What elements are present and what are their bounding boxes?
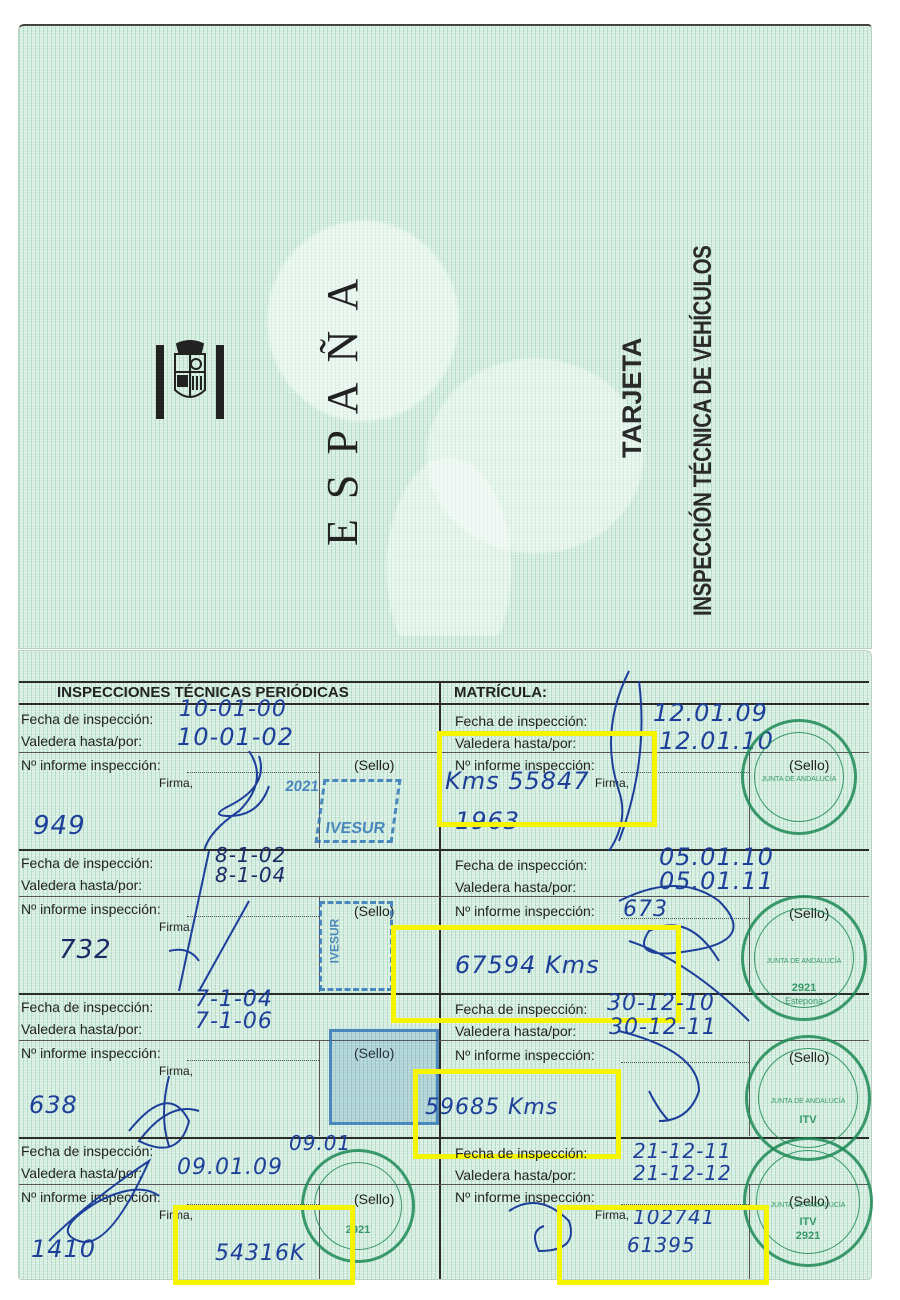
- ivesur-stamp: IVESUR: [319, 901, 393, 991]
- handwritten-valedera: 7-1-06: [195, 1009, 273, 1034]
- signature-1: [199, 751, 289, 851]
- sello-divider: [319, 1040, 320, 1136]
- ivesur-stamp: 2021 IVESUR: [315, 779, 402, 843]
- sello-label: (Sello): [354, 757, 394, 773]
- signature-4: [39, 1151, 159, 1261]
- highlight-box: [437, 731, 657, 827]
- valedera-label: Valedera hasta/por:: [455, 1023, 576, 1039]
- valedera-label: Valedera hasta/por:: [455, 879, 576, 895]
- handwritten-fecha: 30-12-10: [607, 991, 715, 1016]
- valedera-label: Valedera hasta/por:: [21, 877, 142, 893]
- informe-label: Nº informe inspección:: [21, 757, 161, 773]
- handwritten-valedera: 21-12-12: [633, 1161, 732, 1185]
- handwritten-informe: 638: [29, 1091, 78, 1119]
- top-rule: [19, 681, 869, 683]
- signature-7: [619, 1031, 739, 1131]
- informe-label: Nº informe inspección:: [21, 901, 161, 917]
- highlight-box: [173, 1205, 355, 1285]
- fecha-label: Fecha de inspección:: [21, 711, 153, 727]
- fecha-label: Fecha de inspección:: [21, 999, 153, 1015]
- fecha-label: Fecha de inspección:: [21, 855, 153, 871]
- valedera-label: Valedera hasta/por:: [21, 733, 142, 749]
- watermark-coat-of-arms: [234, 186, 664, 636]
- signature-2: [169, 851, 269, 991]
- valedera-label: Valedera hasta/por:: [21, 1021, 142, 1037]
- handwritten-informe: 732: [59, 935, 112, 965]
- handwritten-valedera: 09.01.09: [177, 1155, 283, 1180]
- fecha-label: Fecha de inspección:: [455, 857, 587, 873]
- highlight-box: [557, 1205, 769, 1285]
- right-column-header: MATRÍCULA:: [454, 684, 547, 701]
- inspection-page: INSPECCIONES TÉCNICAS PERIÓDICAS MATRÍCU…: [18, 650, 872, 1280]
- signature-3: [119, 1071, 209, 1151]
- spain-coat-of-arms-icon: [151, 340, 229, 424]
- handwritten-fecha: 10-01-00: [179, 697, 287, 722]
- fecha-label: Fecha de inspección:: [455, 713, 587, 729]
- document-cover: ESPAÑA TARJETA INSPECCIÓN TÉCNICA DE VEH…: [18, 24, 872, 649]
- dotted-line: [187, 1059, 319, 1061]
- card-title: INSPECCIÓN TÉCNICA DE VEHÍCULOS: [689, 246, 718, 616]
- fecha-label: Fecha de inspección:: [455, 1145, 587, 1161]
- handwritten-informe: 949: [33, 811, 86, 841]
- junta-andalucia-stamp: JUNTA DE ANDALUCÍA: [741, 719, 857, 835]
- fecha-label: Fecha de inspección:: [455, 1001, 587, 1017]
- informe-label: Nº informe inspección:: [21, 1045, 161, 1061]
- firma-label: Firma,: [159, 776, 193, 790]
- country-name: ESPAÑA: [317, 259, 368, 546]
- valedera-label: Valedera hasta/por:: [455, 1167, 576, 1183]
- handwritten-fecha: 21-12-11: [633, 1139, 732, 1163]
- informe-label: Nº informe inspección:: [455, 903, 595, 919]
- card-word: TARJETA: [617, 338, 648, 459]
- handwritten-valedera: 10-01-02: [177, 723, 294, 751]
- handwritten-fecha: 12.01.09: [653, 699, 768, 727]
- informe-label: Nº informe inspección:: [455, 1047, 595, 1063]
